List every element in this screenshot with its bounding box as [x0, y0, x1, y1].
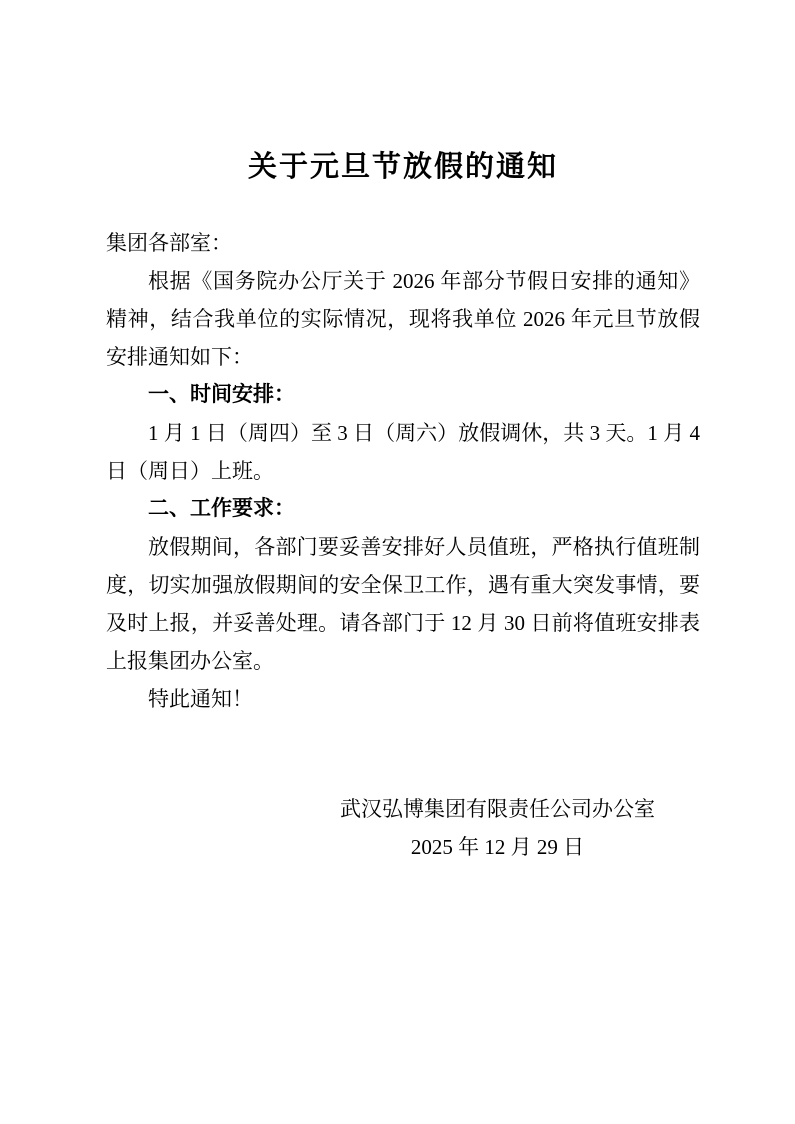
salutation: 集团各部室：	[106, 224, 700, 262]
paragraph-duty-requirements: 放假期间，各部门要妥善安排好人员值班，严格执行值班制度，切实加强放假期间的安全保…	[106, 528, 700, 680]
signature-date: 2025 年 12 月 29 日	[340, 828, 655, 866]
document-title: 关于元旦节放假的通知	[106, 146, 700, 188]
signature-block: 武汉弘博集团有限责任公司办公室 2025 年 12 月 29 日	[340, 790, 655, 866]
signature-organization: 武汉弘博集团有限责任公司办公室	[340, 790, 655, 828]
document-body: 集团各部室： 根据《国务院办公厅关于 2026 年部分节假日安排的通知》精神，结…	[106, 224, 700, 718]
section-heading-time-arrangement: 一、时间安排：	[106, 376, 700, 414]
document-page: 关于元旦节放假的通知 集团各部室： 根据《国务院办公厅关于 2026 年部分节假…	[0, 0, 795, 1124]
paragraph-holiday-dates: 1 月 1 日（周四）至 3 日（周六）放假调休，共 3 天。1 月 4 日（周…	[106, 414, 700, 490]
paragraph-intro: 根据《国务院办公厅关于 2026 年部分节假日安排的通知》精神，结合我单位的实际…	[106, 262, 700, 376]
section-heading-work-requirements: 二、工作要求：	[106, 490, 700, 528]
paragraph-hereby-notice: 特此通知！	[106, 680, 700, 718]
